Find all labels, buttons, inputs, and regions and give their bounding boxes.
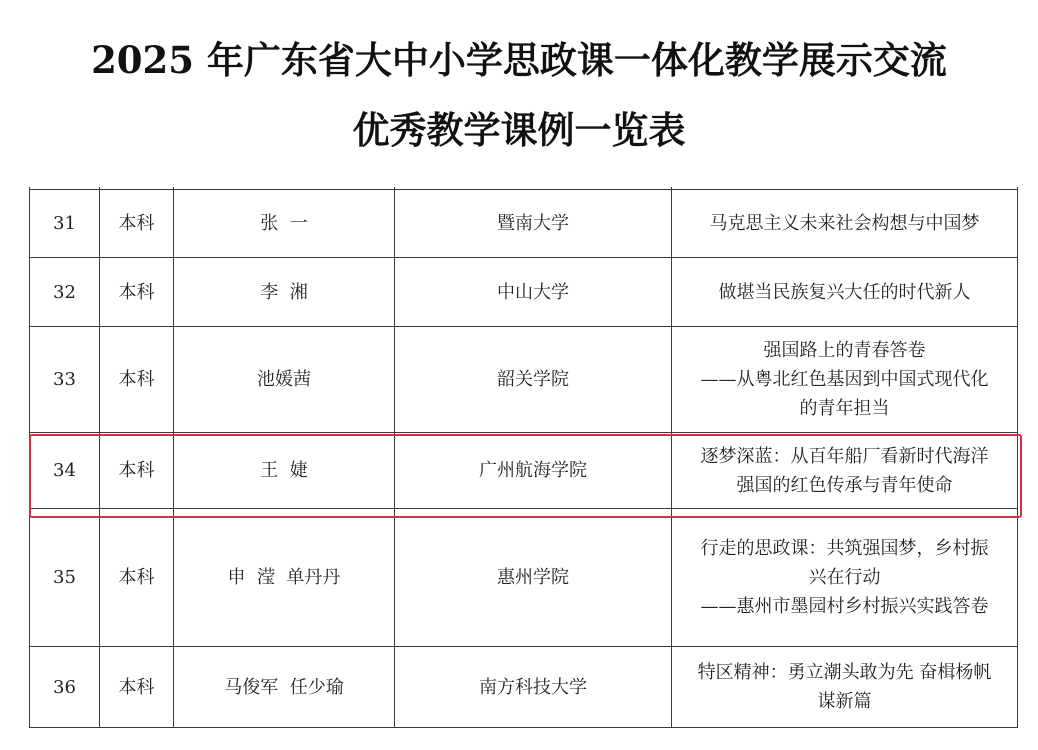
course-title-line: 强国的红色传承与青年使命 [678, 471, 1011, 500]
cell-name: 池媛茜 [174, 327, 395, 433]
cell-level: 本科 [100, 433, 174, 509]
cell-school: 广州航海学院 [395, 433, 672, 509]
cell-school: 暨南大学 [395, 190, 672, 258]
course-title-line: 谋新篇 [678, 687, 1011, 716]
cell-level: 本科 [100, 647, 174, 728]
cell-school: 中山大学 [395, 258, 672, 327]
cell-level: 本科 [100, 327, 174, 433]
cell-course-title: 行走的思政课：共筑强国梦，乡村振 兴在行动 ——惠州市墨园村乡村振兴实践答卷 [672, 509, 1018, 647]
course-title-line: 做堪当民族复兴大任的时代新人 [678, 278, 1011, 307]
cell-course-title: 强国路上的青春答卷 ——从粤北红色基因到中国式现代化 的青年担当 [672, 327, 1018, 433]
cell-level: 本科 [100, 190, 174, 258]
cell-number: 33 [30, 327, 100, 433]
table-row: 32 本科 李 湘 中山大学 做堪当民族复兴大任的时代新人 [30, 258, 1018, 327]
cell-course-title: 做堪当民族复兴大任的时代新人 [672, 258, 1018, 327]
course-title-line: 特区精神：勇立潮头敢为先 奋楫杨帆 [678, 658, 1011, 687]
cell-name: 张 一 [174, 190, 395, 258]
cell-number: 36 [30, 647, 100, 728]
table-row-highlighted: 34 本科 王 婕 广州航海学院 逐梦深蓝：从百年船厂看新时代海洋 强国的红色传… [30, 433, 1018, 509]
course-title-line: 强国路上的青春答卷 [678, 336, 1011, 365]
cell-level: 本科 [100, 258, 174, 327]
table-row: 36 本科 马俊军 任少瑜 南方科技大学 特区精神：勇立潮头敢为先 奋楫杨帆 谋… [30, 647, 1018, 728]
cell-name: 申 滢 单丹丹 [174, 509, 395, 647]
cell-course-title: 特区精神：勇立潮头敢为先 奋楫杨帆 谋新篇 [672, 647, 1018, 728]
cell-course-title: 马克思主义未来社会构想与中国梦 [672, 190, 1018, 258]
cell-name: 马俊军 任少瑜 [174, 647, 395, 728]
course-title-line: ——从粤北红色基因到中国式现代化 [678, 365, 1011, 394]
cell-school: 南方科技大学 [395, 647, 672, 728]
cell-course-title: 逐梦深蓝：从百年船厂看新时代海洋 强国的红色传承与青年使命 [672, 433, 1018, 509]
cell-school: 韶关学院 [395, 327, 672, 433]
course-list-table: 31 本科 张 一 暨南大学 马克思主义未来社会构想与中国梦 32 本科 李 湘… [29, 187, 1018, 728]
course-title-line: 的青年担当 [678, 394, 1011, 423]
cell-number: 34 [30, 433, 100, 509]
cell-name: 王 婕 [174, 433, 395, 509]
course-title-line: ——惠州市墨园村乡村振兴实践答卷 [678, 592, 1011, 621]
cell-school: 惠州学院 [395, 509, 672, 647]
course-title-line: 马克思主义未来社会构想与中国梦 [678, 209, 1011, 238]
document-title-line-2: 优秀教学课例一览表 [0, 100, 1038, 154]
cell-number: 32 [30, 258, 100, 327]
cell-name: 李 湘 [174, 258, 395, 327]
course-title-line: 逐梦深蓝：从百年船厂看新时代海洋 [678, 442, 1011, 471]
document-title-line-1: 2025 年广东省大中小学思政课一体化教学展示交流 [0, 30, 1038, 84]
course-title-line: 行走的思政课：共筑强国梦，乡村振 [678, 534, 1011, 563]
cell-level: 本科 [100, 509, 174, 647]
table-row: 33 本科 池媛茜 韶关学院 强国路上的青春答卷 ——从粤北红色基因到中国式现代… [30, 327, 1018, 433]
table-row: 35 本科 申 滢 单丹丹 惠州学院 行走的思政课：共筑强国梦，乡村振 兴在行动… [30, 509, 1018, 647]
course-title-line: 兴在行动 [678, 563, 1011, 592]
table-row: 31 本科 张 一 暨南大学 马克思主义未来社会构想与中国梦 [30, 190, 1018, 258]
cell-number: 35 [30, 509, 100, 647]
cell-number: 31 [30, 190, 100, 258]
